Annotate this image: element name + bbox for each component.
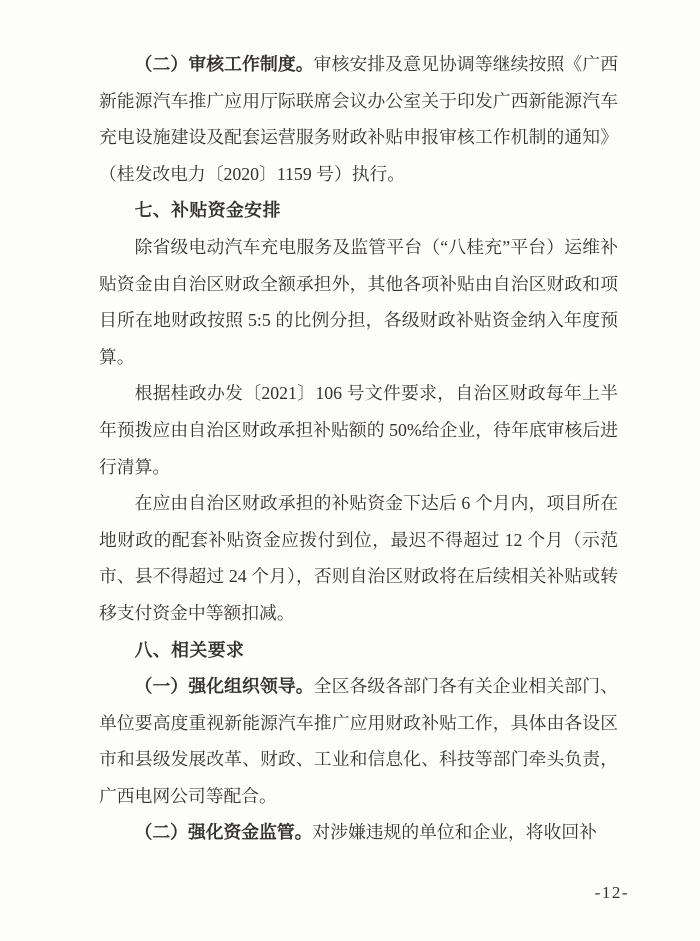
- paragraph-organization-leadership: （一）强化组织领导。全区各级各部门各有关企业相关部门、单位要高度重视新能源汽车推…: [99, 668, 618, 814]
- paragraph-prepayment: 根据桂政办发〔2021〕106 号文件要求，自治区财政每年上半年预拨应由自治区财…: [99, 375, 618, 485]
- paragraph-lead: （二）审核工作制度。: [135, 54, 314, 74]
- document-content: （二）审核工作制度。审核安排及意见协调等继续按照《广西新能源汽车推广应用厅际联席…: [99, 46, 618, 851]
- heading-section-8-related-requirements: 八、相关要求: [99, 632, 618, 669]
- paragraph-fund-sharing: 除省级电动汽车充电服务及监管平台（“八桂充”平台）运维补贴资金由自治区财政全额承…: [99, 229, 618, 375]
- paragraph-text: 除省级电动汽车充电服务及监管平台（“八桂充”平台）运维补贴资金由自治区财政全额承…: [99, 237, 618, 367]
- paragraph-lead: （二）强化资金监管。: [135, 822, 313, 842]
- paragraph-text: 对涉嫌违规的单位和企业，将收回补: [312, 822, 597, 842]
- paragraph-text: 根据桂政办发〔2021〕106 号文件要求，自治区财政每年上半年预拨应由自治区财…: [99, 383, 618, 476]
- heading-section-7-subsidy-fund-arrangement: 七、补贴资金安排: [99, 192, 618, 229]
- paragraph-lead: （一）强化组织领导。: [135, 676, 314, 696]
- paragraph-review-system: （二）审核工作制度。审核安排及意见协调等继续按照《广西新能源汽车推广应用厅际联席…: [99, 46, 618, 192]
- paragraph-payment-deadline: 在应由自治区财政承担的补贴资金下达后 6 个月内，项目所在地财政的配套补贴资金应…: [99, 485, 618, 631]
- paragraph-fund-supervision: （二）强化资金监管。对涉嫌违规的单位和企业，将收回补: [99, 814, 618, 851]
- page-number: -12-: [595, 882, 629, 904]
- document-page: （二）审核工作制度。审核安排及意见协调等继续按照《广西新能源汽车推广应用厅际联席…: [0, 0, 700, 941]
- paragraph-text: 在应由自治区财政承担的补贴资金下达后 6 个月内，项目所在地财政的配套补贴资金应…: [99, 493, 618, 623]
